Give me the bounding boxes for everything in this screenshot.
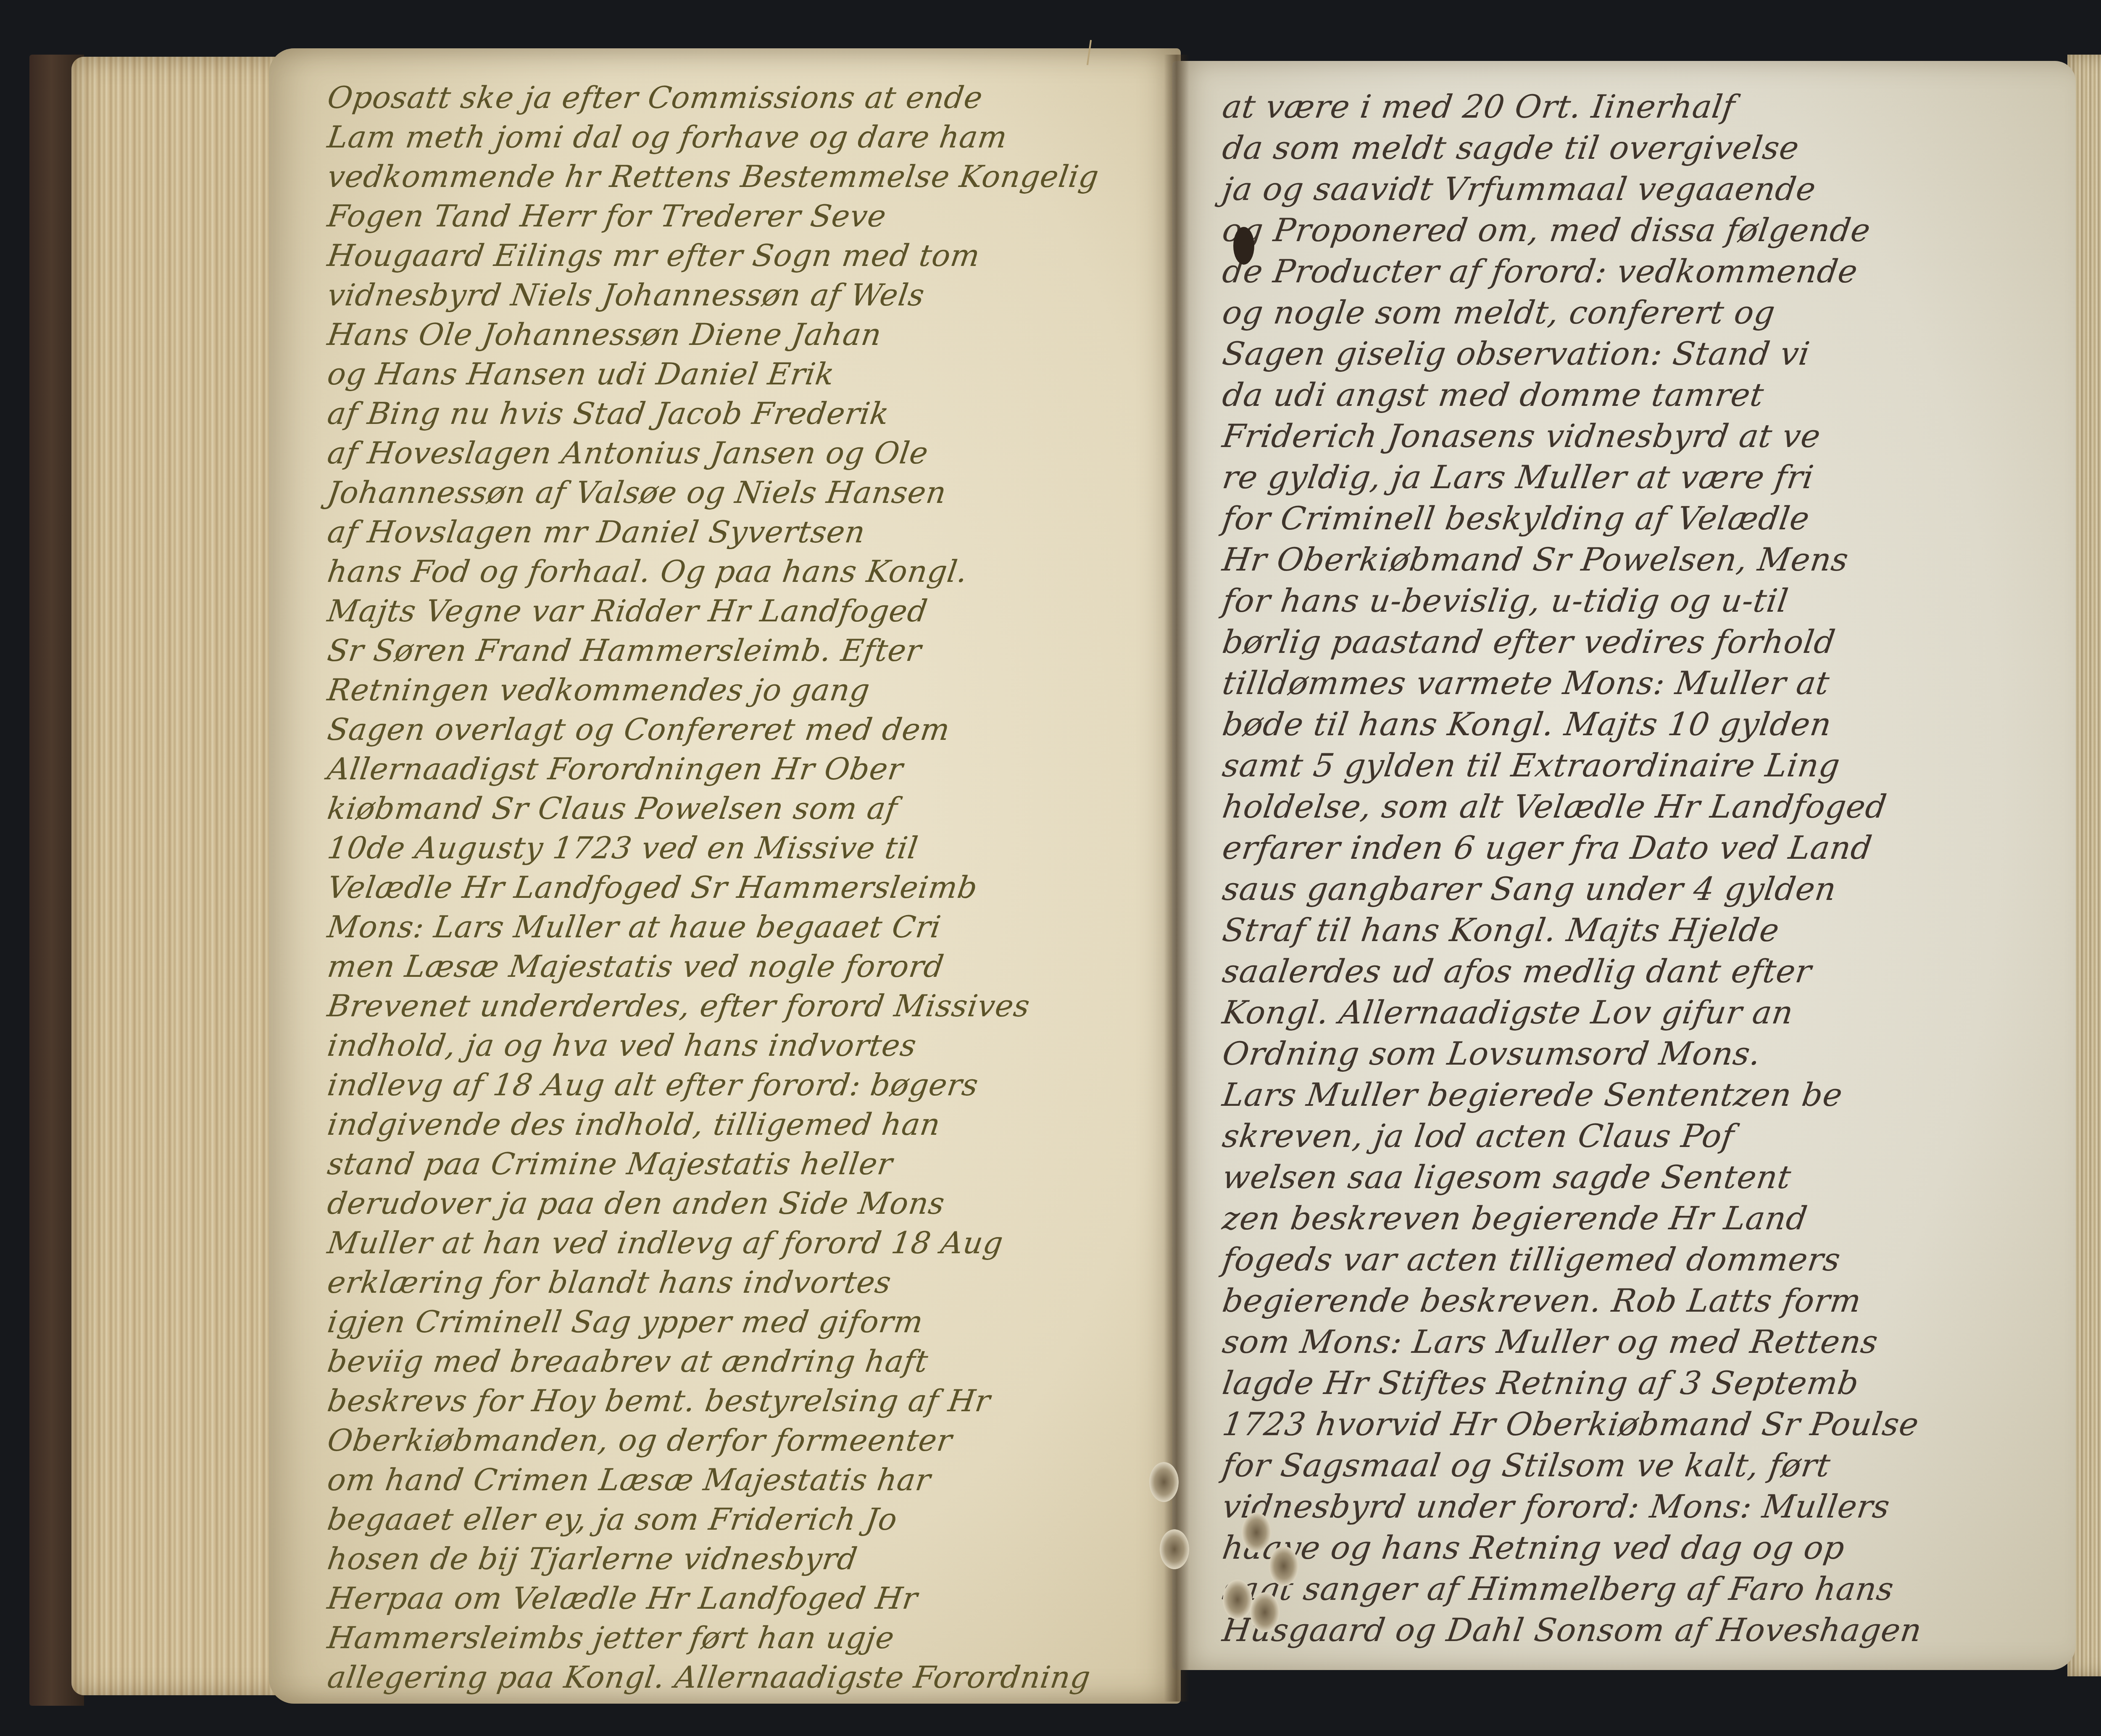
manuscript-line: welsen saa ligesom sagde Sentent [1220, 1157, 2041, 1198]
manuscript-line: Brevenet underderdes, efter forord Missi… [325, 986, 1158, 1026]
manuscript-line: 10de Augusty 1723 ved en Missive til [325, 828, 1158, 868]
manuscript-line: Sagen overlagt og Confereret med dem [325, 710, 1158, 749]
manuscript-line: Sagen giselig observation: Stand vi [1220, 333, 2041, 374]
book-gutter [1164, 55, 1189, 1702]
manuscript-line: de Producter af forord: vedkommende [1220, 251, 2041, 292]
manuscript-line: 1723 hvorvid Hr Oberkiøbmand Sr Poulse [1220, 1404, 2041, 1445]
manuscript-line: men Læsæ Majestatis ved nogle forord [325, 947, 1158, 986]
wear-hole [1149, 1462, 1179, 1502]
manuscript-line: erklæring for blandt hans indvortes [325, 1263, 1158, 1302]
manuscript-line: Retningen vedkommendes jo gang [325, 670, 1158, 710]
manuscript-line: om hand Crimen Læsæ Majestatis har [325, 1460, 1158, 1499]
manuscript-line: stand paa Crimine Majestatis heller [325, 1144, 1158, 1184]
manuscript-line: Oposatt ske ja efter Commissions at ende [325, 78, 1158, 117]
manuscript-line: af Hoveslagen Antonius Jansen og Ole [325, 433, 1158, 473]
manuscript-line: indhold, ja og hva ved hans indvortes [325, 1026, 1158, 1065]
manuscript-line: Straf til hans Kongl. Majts Hjelde [1220, 910, 2041, 951]
manuscript-line: Lam meth jomi dal og forhave og dare ham [325, 117, 1158, 157]
manuscript-line: allegering paa Kongl. Allernaadigste For… [325, 1657, 1158, 1697]
manuscript-line: Kongl. Allernaadigste Lov gifur an [1220, 992, 2041, 1033]
manuscript-line: beskrevs for Hoy bemt. bestyrelsing af H… [325, 1381, 1158, 1420]
manuscript-line: zen beskreven begierende Hr Land [1220, 1198, 2041, 1239]
wear-hole [1269, 1546, 1298, 1586]
manuscript-line: af Bing nu hvis Stad Jacob Frederik [325, 394, 1158, 433]
manuscript-line: vedkommende hr Rettens Bestemmelse Konge… [325, 157, 1158, 196]
manuscript-line: da udi angst med domme tamret [1220, 374, 2041, 416]
manuscript-line: haaye og hans Retning ved dag og op [1220, 1527, 2041, 1568]
manuscript-line: derudover ja paa den anden Side Mons [325, 1184, 1158, 1223]
manuscript-line: Ordning som Lovsumsord Mons. [1220, 1033, 2041, 1074]
manuscript-line: Fogen Tand Herr for Trederer Seve [325, 196, 1158, 236]
manuscript-line: begaaet eller ey, ja som Friderich Jo [325, 1499, 1158, 1539]
manuscript-line: fogeds var acten tilligemed dommers [1220, 1239, 2041, 1280]
manuscript-line: ja og saavidt Vrfummaal vegaaende [1220, 168, 2041, 210]
manuscript-line: lagde Hr Stiftes Retning af 3 Septemb [1220, 1362, 2041, 1404]
manuscript-line: Johannessøn af Valsøe og Niels Hansen [325, 473, 1158, 512]
open-book: Oposatt ske ja efter Commissions at ende… [0, 0, 2101, 1736]
manuscript-line: hans Fod og forhaal. Og paa hans Kongl. [325, 552, 1158, 591]
manuscript-line: som Mons: Lars Muller og med Rettens [1220, 1321, 2041, 1362]
manuscript-line: Sr Søren Frand Hammersleimb. Efter [325, 631, 1158, 670]
manuscript-line: skreven, ja lod acten Claus Pof [1220, 1115, 2041, 1157]
manuscript-line: indgivende des indhold, tilligemed han [325, 1105, 1158, 1144]
manuscript-line: og Proponered om, med dissa følgende [1220, 210, 2041, 251]
left-page: Oposatt ske ja efter Commissions at ende… [269, 48, 1181, 1704]
manuscript-line: Husgaard og Dahl Sonsom af Hoveshagen [1220, 1610, 2041, 1651]
manuscript-line: igjen Criminell Sag ypper med giform [325, 1302, 1158, 1341]
manuscript-line: Hans Ole Johannessøn Diene Jahan [325, 315, 1158, 354]
manuscript-line: hosen de bij Tjarlerne vidnesbyrd [325, 1539, 1158, 1578]
manuscript-line: erfarer inden 6 uger fra Dato ved Land [1220, 827, 2041, 868]
manuscript-line: for Sagsmaal og Stilsom ve kalt, ført [1220, 1445, 2041, 1486]
manuscript-line: og nogle som meldt, conferert og [1220, 292, 2041, 333]
manuscript-line: Oberkiøbmanden, og derfor formeenter [325, 1420, 1158, 1460]
manuscript-line: og Hans Hansen udi Daniel Erik [325, 354, 1158, 394]
manuscript-line: kiøbmand Sr Claus Powelsen som af [325, 789, 1158, 828]
manuscript-line: Friderich Jonasens vidnesbyrd at ve [1220, 416, 2041, 457]
manuscript-line: Muller at han ved indlevg af forord 18 A… [325, 1223, 1158, 1263]
manuscript-line: saalerdes ud afos medlig dant efter [1220, 951, 2041, 992]
manuscript-line: Hougaard Eilings mr efter Sogn med tom [325, 236, 1158, 275]
manuscript-line: vidnesbyrd Niels Johannessøn af Wels [325, 275, 1158, 315]
manuscript-line: Majts Vegne var Ridder Hr Landfoged [325, 591, 1158, 631]
manuscript-line: holdelse, som alt Velædle Hr Landfoged [1220, 786, 2041, 827]
ink-blot [1233, 227, 1254, 265]
wear-hole [1250, 1592, 1280, 1632]
manuscript-line: Lars Muller begierede Sententzen be [1220, 1074, 2041, 1115]
manuscript-line: beviig med breaabrev at ændring haft [325, 1341, 1158, 1381]
manuscript-line: for Criminell beskylding af Velædle [1220, 498, 2041, 539]
manuscript-line: vidnesbyrd under forord: Mons: Mullers [1220, 1486, 2041, 1527]
manuscript-line: Velædle Hr Landfoged Sr Hammersleimb [325, 868, 1158, 907]
manuscript-line: børlig paastand efter vedires forhold [1220, 621, 2041, 663]
wear-hole [1160, 1529, 1189, 1569]
manuscript-line: at være i med 20 Ort. Iinerhalf [1220, 86, 2041, 127]
manuscript-line: Hammersleimbs jetter ført han ugje [325, 1618, 1158, 1657]
right-page: at være i med 20 Ort. Iinerhalfda som me… [1172, 61, 2076, 1670]
manuscript-line: samt 5 gylden til Extraordinaire Ling [1220, 745, 2041, 786]
manuscript-line: for hans u-bevislig, u-tidig og u-til [1220, 580, 2041, 621]
manuscript-line: af Hovslagen mr Daniel Syvertsen [325, 512, 1158, 552]
manuscript-line: re gyldig, ja Lars Muller at være fri [1220, 457, 2041, 498]
manuscript-line: sagt sanger af Himmelberg af Faro hans [1220, 1568, 2041, 1610]
manuscript-line: Mons: Lars Muller at haue begaaet Cri [325, 907, 1158, 947]
manuscript-line: Herpaa om Velædle Hr Landfoged Hr [325, 1578, 1158, 1618]
manuscript-line: indlevg af 18 Aug alt efter forord: bøge… [325, 1065, 1158, 1105]
manuscript-line: begierende beskreven. Rob Latts form [1220, 1280, 2041, 1321]
manuscript-line: Allernaadigst Forordningen Hr Ober [325, 749, 1158, 789]
manuscript-line: tilldømmes varmete Mons: Muller at [1220, 663, 2041, 704]
wear-hole [1223, 1580, 1252, 1620]
manuscript-line: bøde til hans Kongl. Majts 10 gylden [1220, 704, 2041, 745]
manuscript-line: saus gangbarer Sang under 4 gylden [1220, 868, 2041, 910]
manuscript-line: Hr Oberkiøbmand Sr Powelsen, Mens [1220, 539, 2041, 580]
wear-hole [1242, 1512, 1271, 1552]
manuscript-line: da som meldt sagde til overgivelse [1220, 127, 2041, 168]
